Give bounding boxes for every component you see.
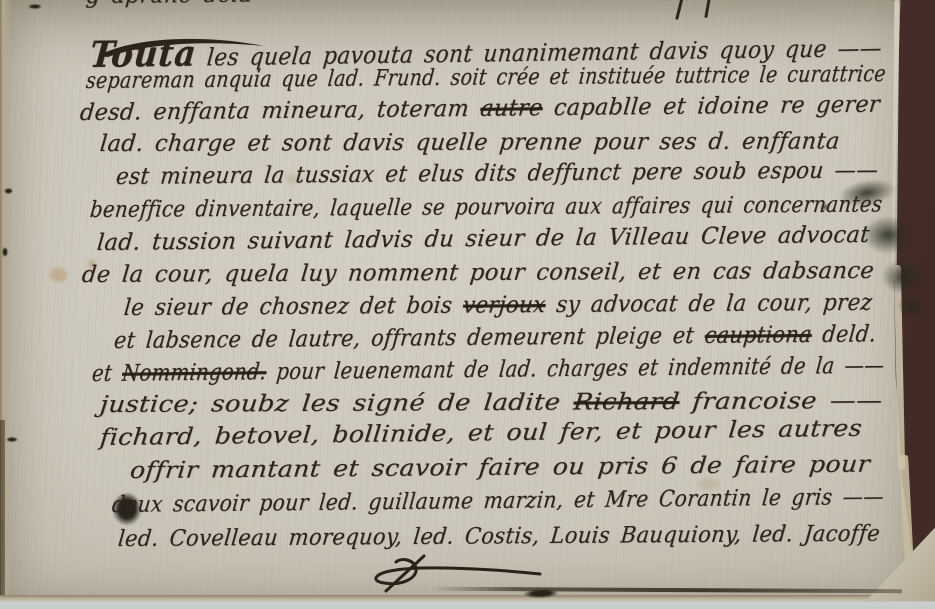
handwriting-text: desd. enffanta mineura, toteram	[79, 96, 482, 126]
struck-word: Richard	[572, 389, 680, 416]
handwriting-text: francoise ——	[678, 388, 884, 415]
ink-mark	[28, 4, 42, 9]
handwriting-text: led. Covelleau morequoy, led. Costis, Lo…	[117, 521, 882, 552]
manuscript-line-12: justice; soubz les signé de ladite Richa…	[99, 388, 884, 418]
handwriting-text: beneffice dinventaire, laquelle se pourv…	[89, 191, 884, 223]
ink-smudge	[898, 295, 926, 317]
manuscript-line-6: beneffice dinventaire, laquelle se pourv…	[89, 191, 884, 223]
handwriting-text: et	[91, 361, 124, 387]
handwriting-text: de la cour, quela luy nomment pour conse…	[81, 258, 876, 288]
ink-smudge	[882, 260, 924, 294]
manuscript-line-16: led. Covelleau morequoy, led. Costis, Lo…	[117, 521, 882, 552]
struck-word: cauptiona	[703, 322, 813, 349]
paper-stain	[50, 268, 67, 282]
handwriting-text: justice; soubz les signé de ladite	[99, 390, 575, 418]
manuscript-line-9: le sieur de chosnez det bois verjoux sy …	[123, 290, 874, 321]
handwriting-text: et labsence de lautre, offrants demeuren…	[113, 323, 706, 354]
struck-word: autre	[479, 95, 544, 122]
struck-word: verjoux	[462, 292, 547, 319]
struck-word: Nommingond.	[121, 359, 268, 387]
manuscript-line-8: de la cour, quela luy nomment pour conse…	[81, 258, 876, 288]
manuscript-photo: g aprane dela Touta les quela pavouta so…	[0, 0, 935, 609]
handwriting-text: deld.	[811, 321, 878, 348]
manuscript-line-partial: g aprane dela	[85, 0, 254, 9]
ink-mark	[4, 188, 13, 194]
handwriting-text: le sieur de chosnez det bois	[123, 293, 465, 321]
handwriting-text: lad. charge et sont davis quelle prenne …	[99, 128, 841, 157]
ink-mark	[2, 247, 8, 257]
manuscript-line-4: lad. charge et sont davis quelle prenne …	[99, 128, 841, 157]
paraph-flourish-icon	[362, 552, 547, 594]
binding-shadow	[0, 420, 5, 609]
ink-mark	[6, 437, 18, 442]
handwriting-text: sy advocat de la cour, prez	[544, 290, 873, 318]
book-fore-edge	[0, 595, 935, 609]
handwriting-text: capablle et idoine re gerer	[541, 92, 881, 122]
